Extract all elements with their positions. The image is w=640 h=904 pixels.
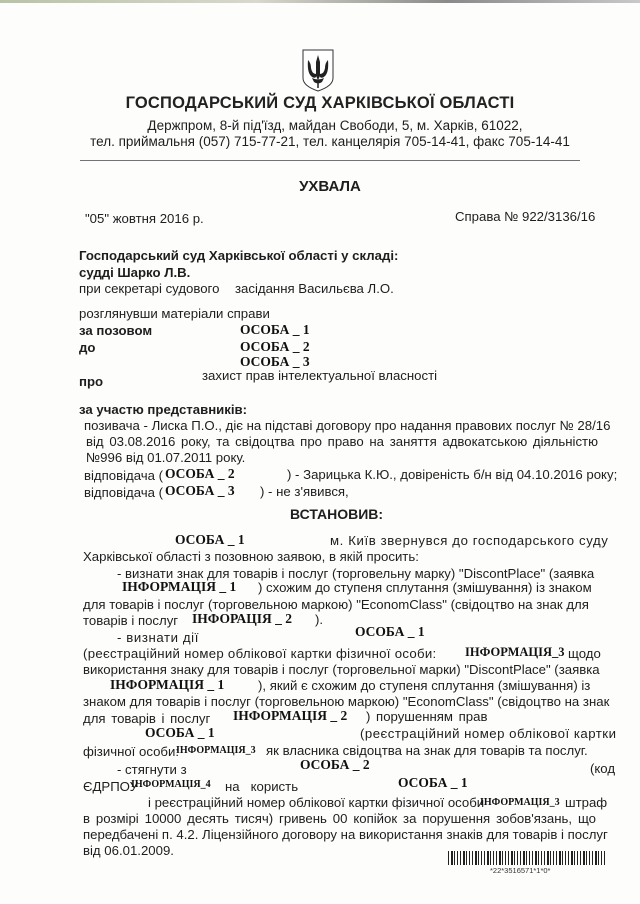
judge-name: судді Шарко Л.В. bbox=[79, 265, 190, 280]
request-2-name2: ОСОБА _ 1 bbox=[145, 725, 215, 741]
plaintiff-rep-line3: №996 від 01.07.2011 року. bbox=[86, 450, 245, 465]
request-2-name: ОСОБА _ 1 bbox=[355, 624, 425, 640]
plaintiff-rep-line2: від 03.08.2016 року, та свідоцтва про пр… bbox=[86, 434, 598, 449]
plaintiff-name-established: ОСОБА _ 1 bbox=[175, 532, 245, 548]
request-3-line6: від 06.01.2009. bbox=[83, 843, 174, 858]
info-2: ІНФОРАЦІЯ _ 2 bbox=[192, 611, 292, 627]
request-3-on-behalf: на користь bbox=[225, 779, 298, 794]
info-4: ІНФОРМАЦІЯ_4 bbox=[131, 779, 211, 790]
court-composition: Господарський суд Харківської області у … bbox=[79, 248, 398, 263]
request-1-line2: ) схожим до ступеня сплутання (змішуванн… bbox=[258, 580, 592, 595]
established-heading: ВСТАНОВИВ: bbox=[290, 506, 383, 522]
ruling-date: "05" жовтня 2016 р. bbox=[85, 211, 204, 226]
request-2-prefix: - визнати дії bbox=[117, 630, 199, 645]
header-divider bbox=[80, 160, 580, 161]
request-2-line4: ), який є схожим до ступеня сплутання (з… bbox=[258, 678, 590, 693]
trident-icon bbox=[300, 48, 336, 92]
case-intro: розглянувши матеріали справи bbox=[79, 306, 270, 321]
def2-rep-name: ОСОБА _ 3 bbox=[165, 483, 235, 499]
def1-rep-prefix: відповідача ( bbox=[84, 468, 163, 483]
document-title: УХВАЛА bbox=[0, 178, 640, 195]
info-3: ІНФОРМАЦІЯ_3 bbox=[465, 645, 565, 660]
defendant-1-name: ОСОБА _ 2 bbox=[240, 339, 310, 355]
def1-rep-suffix: ) - Зарицька К.Ю., довіреність б/н від 0… bbox=[287, 467, 617, 482]
scan-edge bbox=[0, 0, 640, 3]
def1-rep-name: ОСОБА _ 2 bbox=[165, 466, 235, 482]
request-3-line5: передбачені п. 4.2. Ліцензійного договор… bbox=[83, 827, 596, 842]
info-1b: ІНФОРМАЦІЯ _ 1 bbox=[110, 677, 224, 693]
claim-intro-line2: Харківської області з позовною заявою, в… bbox=[83, 549, 419, 564]
subject-label: про bbox=[79, 374, 103, 389]
plaintiff-name: ОСОБА _ 1 bbox=[240, 322, 310, 338]
secretary-name: засідання Васильєва Л.О. bbox=[235, 281, 394, 296]
def2-rep-prefix: відповідача ( bbox=[84, 485, 163, 500]
request-2-line6-suffix: ) порушенням прав bbox=[366, 709, 487, 724]
court-name: ГОСПОДАРСЬКИЙ СУД ХАРКІВСЬКОЇ ОБЛАСТІ bbox=[0, 94, 640, 113]
info-3c: ІНФОРМАЦІЯ_3 bbox=[480, 797, 560, 808]
request-3-line3-suffix: штраф bbox=[565, 795, 607, 810]
barcode bbox=[448, 851, 606, 865]
info-1: ІНФОРМАЦІЯ _ 1 bbox=[122, 579, 236, 595]
request-2-line8-prefix: фізичної особи: bbox=[83, 744, 179, 759]
request-1-line4-prefix: товарів і послуг bbox=[83, 613, 178, 628]
court-ruling-page: ГОСПОДАРСЬКИЙ СУД ХАРКІВСЬКОЇ ОБЛАСТІ Де… bbox=[0, 0, 640, 904]
info-3b: ІНФОРМАЦІЯ_3 bbox=[176, 745, 256, 756]
request-2-line7: (реєстраційний номер облікової картки bbox=[360, 726, 616, 741]
request-3-line3-prefix: і реєстраційний номер облікової картки ф… bbox=[148, 795, 484, 810]
request-1-line4-suffix: ). bbox=[315, 612, 323, 627]
request-2-line6-prefix: для товарів і послуг bbox=[83, 711, 210, 726]
request-2-line5: знаком для товарів і послуг (торговельно… bbox=[83, 694, 609, 709]
request-3-edrpou: ЄДРПОУ bbox=[83, 779, 138, 794]
court-phones: тел. приймальня (057) 715-77-21, тел. ка… bbox=[0, 134, 640, 149]
against-label: до bbox=[79, 340, 95, 355]
def2-rep-suffix: ) - не з'явився, bbox=[260, 484, 349, 499]
request-3-prefix: - стягнути з bbox=[117, 762, 187, 777]
representatives-heading: за участю представників: bbox=[79, 402, 247, 417]
request-3-line4: в розмірі 10000 десять тисяч) гривень 00… bbox=[83, 811, 596, 826]
case-number: Справа № 922/3136/16 bbox=[455, 209, 595, 224]
claim-intro: м. Київ звернувся до господарського суду bbox=[330, 533, 608, 548]
plaintiff-rep-line1: позивача - Лиска П.О., діє на підставі д… bbox=[84, 418, 598, 433]
request-2-line3: використання знаку для товарів і послуг … bbox=[83, 662, 600, 677]
request-1-line3: для товарів і послуг (торговельною марко… bbox=[83, 597, 589, 612]
info-2b: ІНФОРМАЦІЯ _ 2 bbox=[233, 708, 347, 724]
secretary-prefix: при секретарі судового bbox=[79, 281, 219, 296]
barcode-text: *22*3516571*1*0* bbox=[490, 866, 550, 875]
request-2-line2-suffix: щодо bbox=[568, 646, 601, 661]
case-subject: захист прав інтелектуальної власності bbox=[202, 368, 437, 383]
claim-label: за позовом bbox=[79, 323, 152, 338]
court-address: Держпром, 8-й під'їзд, майдан Свободи, 5… bbox=[0, 118, 640, 133]
request-3-name: ОСОБА _ 2 bbox=[300, 757, 370, 773]
request-3-code: (код bbox=[590, 761, 615, 776]
request-2-line8-suffix: як власника свідоцтва на знак для товарі… bbox=[266, 743, 588, 758]
request-2-line2-prefix: (реєстраційний номер облікової картки фі… bbox=[83, 646, 437, 661]
request-3-name2: ОСОБА _ 1 bbox=[398, 775, 468, 791]
